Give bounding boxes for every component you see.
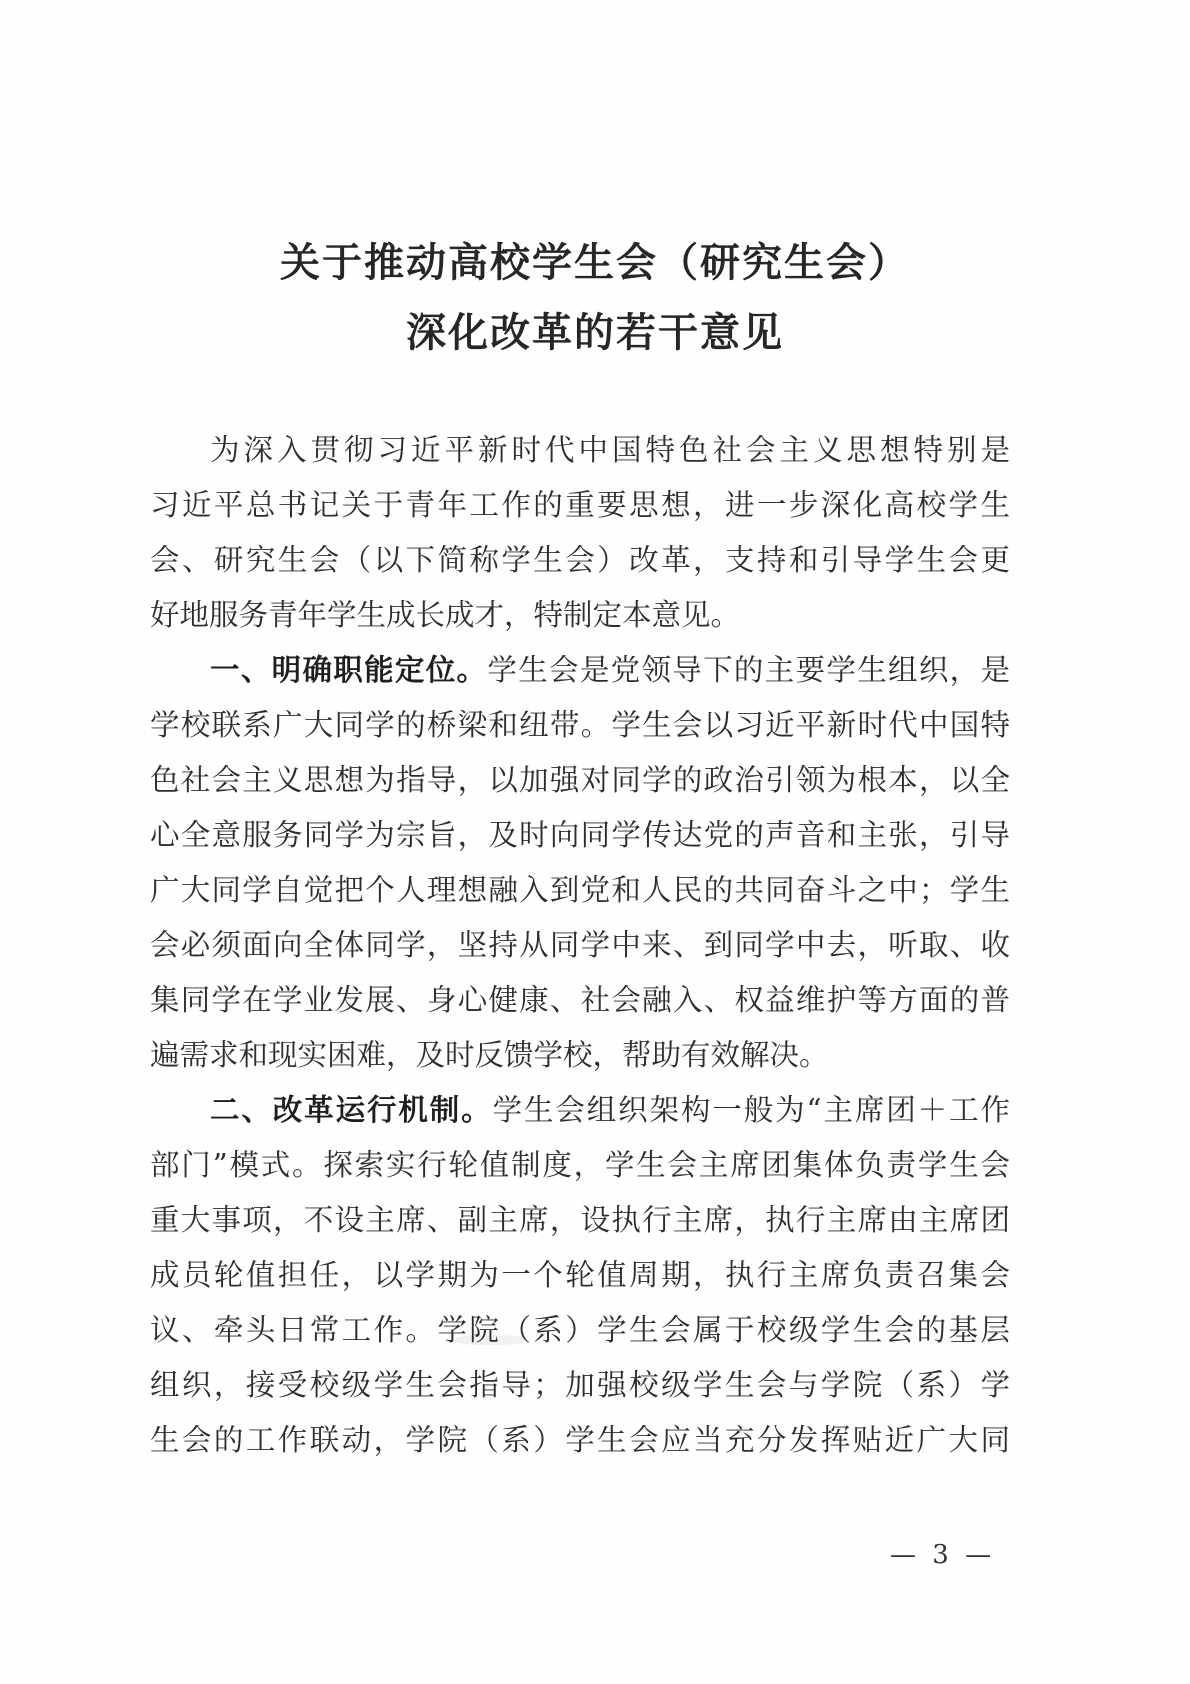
body-text-line: 学校联系广大同学的桥梁和纽带。学生会以习近平新时代中国特: [150, 711, 1010, 741]
line-text: 生会的工作联动，学院（系）学生会应当充分发挥贴近广大同: [150, 1423, 1010, 1457]
body-text-line: 会、研究生会（以下简称学生会）改革，支持和引导学生会更: [150, 546, 1010, 576]
line-text: 会、研究生会（以下简称学生会）改革，支持和引导学生会更: [150, 543, 1010, 577]
line-text: 部门”模式。探索实行轮值制度，学生会主席团集体负责学生会: [150, 1148, 1010, 1182]
body-text-line: 遍需求和现实困难，及时反馈学校，帮助有效解决。: [150, 1041, 1010, 1071]
line-text: 重大事项，不设主席、副主席，设执行主席，执行主席由主席团: [150, 1203, 1010, 1237]
line-text: 色社会主义思想为指导，以加强对同学的政治引领为根本，以全: [150, 763, 1010, 797]
section-heading: 二、改革运行机制。: [210, 1093, 493, 1127]
page-number: — 3 —: [890, 1540, 995, 1570]
line-text: 学校联系广大同学的桥梁和纽带。学生会以习近平新时代中国特: [150, 708, 1010, 742]
document-title-line-1: 关于推动高校学生会（研究生会）: [0, 243, 1190, 283]
line-text: 为深入贯彻习近平新时代中国特色社会主义思想特别是: [210, 433, 1010, 467]
section-heading-line: 一、明确职能定位。学生会是党领导下的主要学生组织，是: [210, 656, 1010, 686]
body-text-line: 集同学在学业发展、身心健康、社会融入、权益维护等方面的普: [150, 986, 1010, 1016]
body-text-line: 部门”模式。探索实行轮值制度，学生会主席团集体负责学生会: [150, 1151, 1010, 1181]
body-text-line: 广大同学自觉把个人理想融入到党和人民的共同奋斗之中；学生: [150, 876, 1010, 906]
line-text: 成员轮值担任，以学期为一个轮值周期，执行主席负责召集会: [150, 1258, 1010, 1292]
body-text-line: 成员轮值担任，以学期为一个轮值周期，执行主席负责召集会: [150, 1261, 1010, 1291]
body-text-line: 习近平总书记关于青年工作的重要思想，进一步深化高校学生: [150, 491, 1010, 521]
line-text: 心全意服务同学为宗旨，及时向同学传达党的声音和主张，引导: [150, 818, 1010, 852]
document-page: 关于推动高校学生会（研究生会） 深化改革的若干意见 为深入贯彻习近平新时代中国特…: [0, 0, 1190, 1684]
line-text: 学生会组织架构一般为“主席团＋工作: [493, 1093, 1010, 1127]
body-text-line: 组织，接受校级学生会指导；加强校级学生会与学院（系）学: [150, 1371, 1010, 1401]
body-text-line: 色社会主义思想为指导，以加强对同学的政治引领为根本，以全: [150, 766, 1010, 796]
body-text-line: 重大事项，不设主席、副主席，设执行主席，执行主席由主席团: [150, 1206, 1010, 1236]
line-text: 集同学在学业发展、身心健康、社会融入、权益维护等方面的普: [150, 983, 1010, 1017]
body-text-line: 为深入贯彻习近平新时代中国特色社会主义思想特别是: [210, 436, 1010, 466]
body-text-line: 好地服务青年学生成长成才，特制定本意见。: [150, 601, 1010, 631]
line-text: 遍需求和现实困难，及时反馈学校，帮助有效解决。: [150, 1038, 829, 1072]
line-text: 学生会是党领导下的主要学生组织，是: [487, 653, 1010, 687]
body-text-line: 心全意服务同学为宗旨，及时向同学传达党的声音和主张，引导: [150, 821, 1010, 851]
document-title-line-2: 深化改革的若干意见: [0, 313, 1190, 353]
section-heading-line: 二、改革运行机制。学生会组织架构一般为“主席团＋工作: [210, 1096, 1010, 1126]
body-text-line: 议、牵头日常工作。学院（系）学生会属于校级学生会的基层: [150, 1316, 1010, 1346]
line-text: 议、牵头日常工作。学院（系）学生会属于校级学生会的基层: [150, 1313, 1010, 1347]
section-heading: 一、明确职能定位。: [210, 653, 487, 687]
line-text: 组织，接受校级学生会指导；加强校级学生会与学院（系）学: [150, 1368, 1010, 1402]
body-text-line: 会必须面向全体同学，坚持从同学中来、到同学中去，听取、收: [150, 931, 1010, 961]
body-text-line: 生会的工作联动，学院（系）学生会应当充分发挥贴近广大同: [150, 1426, 1010, 1456]
line-text: 习近平总书记关于青年工作的重要思想，进一步深化高校学生: [150, 488, 1010, 522]
line-text: 好地服务青年学生成长成才，特制定本意见。: [150, 598, 740, 632]
line-text: 广大同学自觉把个人理想融入到党和人民的共同奋斗之中；学生: [150, 873, 1010, 907]
line-text: 会必须面向全体同学，坚持从同学中来、到同学中去，听取、收: [150, 928, 1010, 962]
